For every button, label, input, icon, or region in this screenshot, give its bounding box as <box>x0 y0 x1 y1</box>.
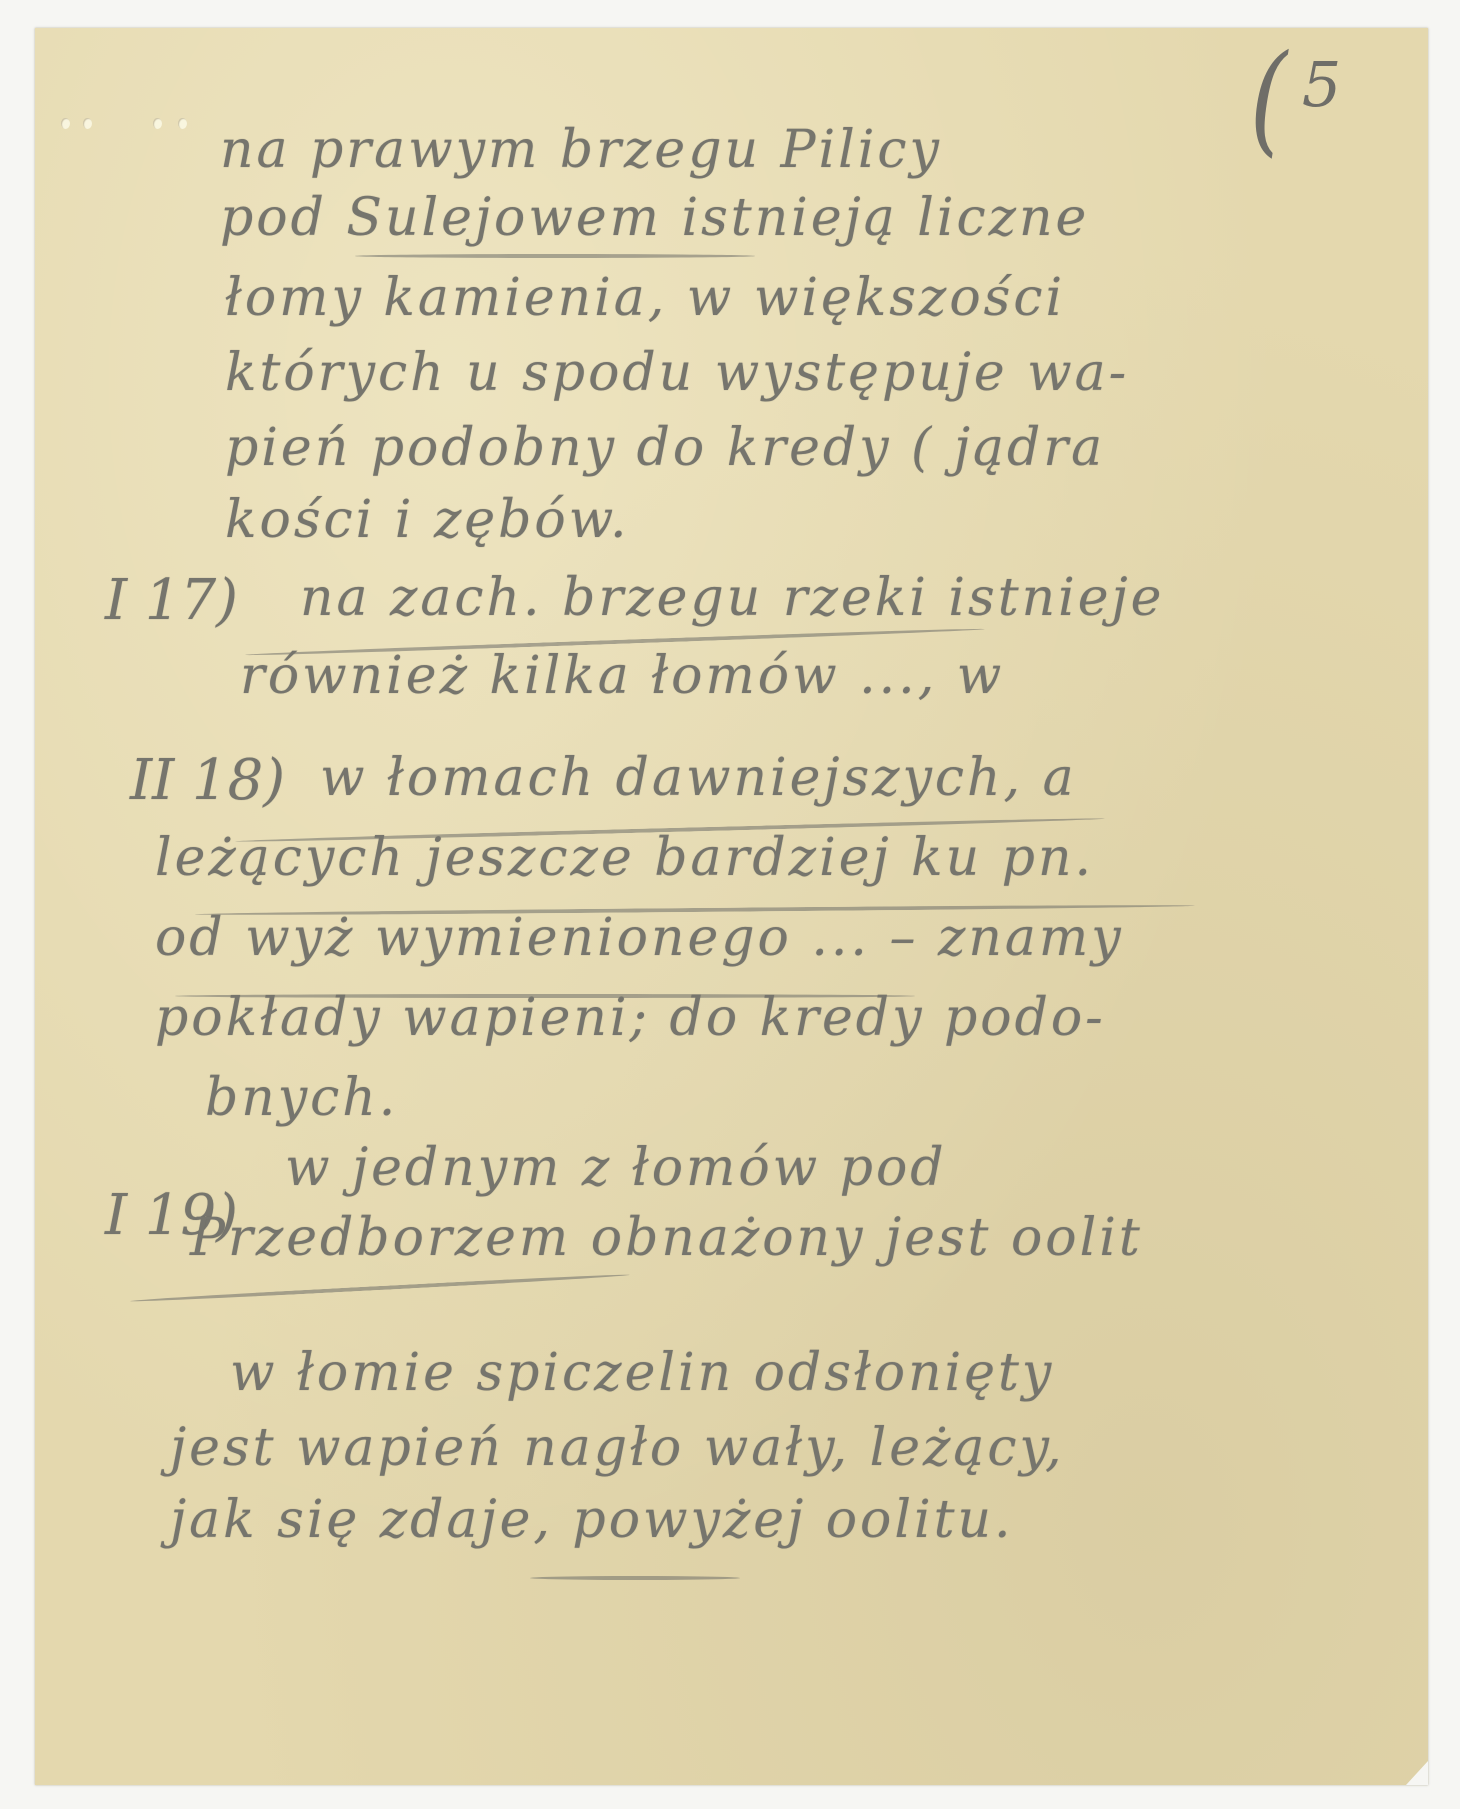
manuscript-line: bnych. <box>205 1068 398 1128</box>
manuscript-line: których u spodu występuje wa- <box>225 343 1129 403</box>
page-number-bracket: ( <box>1250 55 1287 145</box>
margin-note: I 17) <box>105 568 238 633</box>
manuscript-line: w łomie spiczelin odsłonięty <box>230 1343 1054 1403</box>
manuscript-sheet: (5 na prawym brzegu Pilicy pod Sulejowem… <box>35 28 1428 1785</box>
punch-hole <box>83 118 92 129</box>
underline <box>130 1273 630 1303</box>
manuscript-line: leżących jeszcze bardziej ku pn. <box>155 828 1094 888</box>
underline <box>530 1576 740 1580</box>
manuscript-line: również kilka łomów ..., w <box>240 646 1004 706</box>
page-number: (5 <box>1245 48 1341 145</box>
manuscript-line: na zach. brzegu rzeki istnieje <box>300 568 1164 628</box>
manuscript-line: jak się zdaje, powyżej oolitu. <box>170 1490 1014 1550</box>
manuscript-line: w jednym z łomów pod <box>285 1138 947 1198</box>
punch-hole <box>153 118 162 129</box>
manuscript-line: pod Sulejowem istnieją liczne <box>220 188 1089 248</box>
manuscript-line: na prawym brzegu Pilicy <box>220 120 942 180</box>
manuscript-line: łomy kamienia, w większości <box>225 268 1065 328</box>
manuscript-line: w łomach dawniejszych, a <box>320 748 1077 808</box>
underline <box>355 254 755 258</box>
manuscript-line: pień podobny do kredy ( jądra <box>225 418 1105 478</box>
manuscript-line: pokłady wapieni; do kredy podo- <box>155 988 1106 1048</box>
page-number-value: 5 <box>1302 48 1341 121</box>
punch-hole <box>61 118 70 129</box>
manuscript-line: od wyż wymienionego ... – znamy <box>155 908 1124 968</box>
margin-note: II 18) <box>130 748 285 813</box>
punch-hole <box>178 118 187 129</box>
manuscript-line: Przedborzem obnażony jest oolit <box>190 1208 1143 1268</box>
manuscript-line: kości i zębów. <box>225 490 630 550</box>
manuscript-line: jest wapień nagło wały, leżący, <box>170 1418 1065 1478</box>
